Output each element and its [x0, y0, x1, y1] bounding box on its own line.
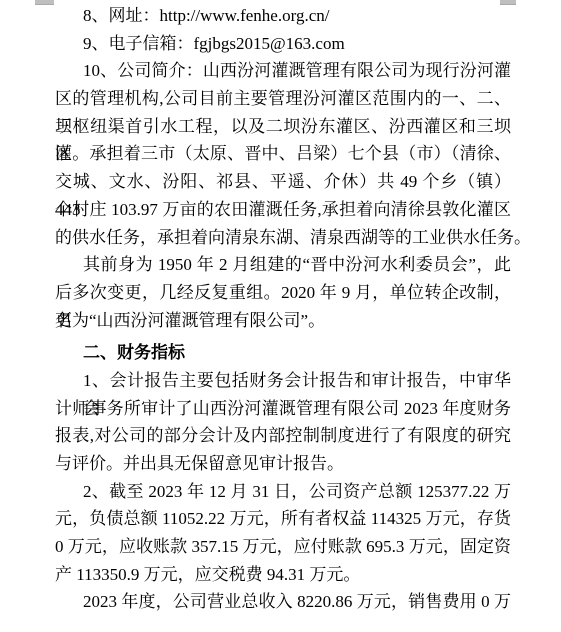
text-line: 区的管理机构,公司目前主要管理汾河灌区范围内的一、二、三 — [55, 85, 511, 113]
text-line: 报表,对公司的部分会计及内部控制制度进行了有限度的研究 — [55, 422, 511, 450]
text-line: 的供水任务，承担着向清泉东湖、清泉西湖等的工业供水任务。 — [55, 224, 511, 252]
text-line: 1、会计报告主要包括财务会计报告和审计报告，中审华会 — [55, 367, 511, 395]
text-line: 计师事务所审计了山西汾河灌溉管理有限公司 2023 年度财务 — [55, 395, 511, 423]
text-line: 0 万元，应收账款 357.15 万元，应付账款 695.3 万元，固定资 — [55, 533, 511, 561]
document-viewport: { "page": { "background_color": "#ffffff… — [0, 0, 561, 632]
document-page: 8、网址：http://www.fenhe.org.cn/9、电子信箱：fgjb… — [55, 2, 511, 616]
text-line: 10、公司简介：山西汾河灌溉管理有限公司为现行汾河灌 — [55, 57, 511, 85]
text-line: 其前身为 1950 年 2 月组建的“晋中汾河水利委员会”，此 — [55, 251, 511, 279]
text-line: 后多次变更，几经反复重组。2020 年 9 月，单位转企改制，更 — [55, 279, 511, 307]
text-line: 2023 年度，公司营业总收入 8220.86 万元，销售费用 0 万 — [55, 588, 511, 616]
text-line: 9、电子信箱：fgjbgs2015@163.com — [55, 30, 511, 58]
text-line: 区。承担着三市（太原、晋中、吕梁）七个县（市）（清徐、 — [55, 140, 511, 168]
text-line: 与评价。并出具无保留意见审计报告。 — [55, 450, 511, 478]
cropped-toolbar-artifact-left — [35, 0, 54, 5]
text-line: 元，负债总额 11052.22 万元，所有者权益 114325 万元，存货 — [55, 505, 511, 533]
text-line: 坝枢纽渠首引水工程，以及二坝汾东灌区、汾西灌区和三坝灌 — [55, 113, 511, 141]
text-line: 交城、文水、汾阳、祁县、平遥、介休）共 49 个乡（镇）443 — [55, 168, 511, 196]
text-line: 8、网址：http://www.fenhe.org.cn/ — [55, 2, 511, 30]
section-heading: 二、财务指标 — [55, 339, 511, 367]
text-line: 产 113350.9 万元，应交税费 94.31 万元。 — [55, 561, 511, 589]
text-line: 2、截至 2023 年 12 月 31 日，公司资产总额 125377.22 万 — [55, 478, 511, 506]
text-line: 个村庄 103.97 万亩的农田灌溉任务,承担着向清徐县敦化灌区 — [55, 196, 511, 224]
text-line: 名为“山西汾河灌溉管理有限公司”。 — [55, 307, 511, 335]
